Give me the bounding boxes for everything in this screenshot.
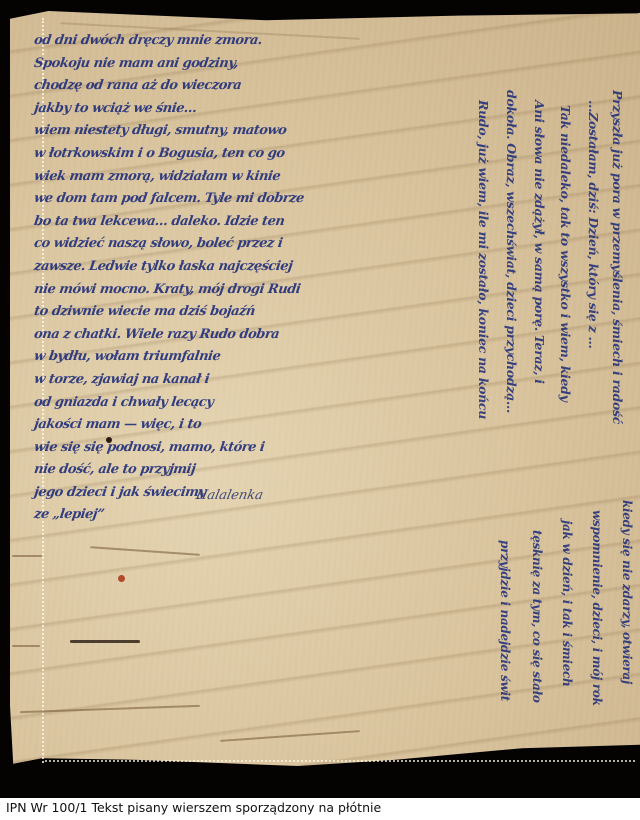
vertical-line: wspomnienie, dzieci, i mój rok [590, 510, 604, 706]
poem-line: w łotrkowskim i o Bogusia, ten co go [32, 143, 415, 166]
vertical-line: tęsknię za tym, co się stało [530, 530, 544, 703]
vertical-line: Tak niedaleko, tak to wszystko i wiem, k… [558, 105, 573, 402]
vertical-line: …Zostałam, dziś: Dzień, który się z ... [586, 100, 601, 349]
poem-line: to dziwnie wiecie ma dziś bojaźń [32, 301, 415, 324]
handwritten-vertical-text: Przyszła już pora w przemyślenia, śmiech… [420, 90, 640, 770]
poem-line: ze „lepiej” [32, 504, 415, 527]
poem-line: we dom tam pod falcem. Tyle mi dobrze [32, 188, 415, 211]
poem-line: ona z chatki. Wiele razy Rudo dobra [32, 324, 415, 347]
vertical-line: kiedy się nie zdarzy, otwieraj [620, 500, 634, 684]
fabric-crease [70, 640, 140, 643]
poem-line: bo ta twa lekcewa… daleko. Idzie ten [32, 211, 415, 234]
poem-line: wiek mam zmorą, widziałam w kinie [32, 166, 415, 189]
red-stain [118, 575, 125, 582]
poem-line: zawsze. Ledwie tylko łaska najczęściej [32, 256, 415, 279]
poem-line: od dni dwóch dręczy mnie zmora. [32, 30, 415, 53]
signature: Halalenka [194, 488, 264, 503]
poem-line: jakości mam — więc, i to [32, 414, 415, 437]
document-photo: od dni dwóch dręczy mnie zmora. Spokoju … [0, 0, 640, 798]
poem-line: co widzieć naszą słowo, boleć przez i [32, 233, 415, 256]
poem-line: w bydłu, wołam triumfalnie [32, 346, 415, 369]
poem-line: wiem niestety długi, smutny, matowo [32, 120, 415, 143]
poem-line: nie dość, ale to przyjmij [32, 459, 415, 482]
poem-line: od gniazda i chwały lecący [32, 392, 415, 415]
fabric-crease [12, 555, 42, 557]
poem-line: jakby to wciąż we śnie… [32, 98, 415, 121]
vertical-line: Przyszła już pora w przemyślenia, śmiech… [610, 90, 625, 424]
vertical-line: Ani słowa nie zdążył, w samą porę. Teraz… [532, 100, 547, 384]
poem-line: w torze, zjawiaj na kanał i [32, 369, 415, 392]
handwritten-poem-main: od dni dwóch dręczy mnie zmora. Spokoju … [34, 30, 414, 527]
poem-line: nie mówi mocno. Kraty, mój drogi Rudi [32, 279, 415, 302]
fabric-crease [12, 645, 40, 647]
vertical-line: jak w dzień, i tak i śmiech [560, 520, 574, 686]
poem-line: wie się się podnosi, mamo, które i [32, 437, 415, 460]
document-caption: IPN Wr 100/1 Tekst pisany wierszem sporz… [6, 800, 381, 815]
vertical-line: dokoła. Obraz, wszechświat, dzieci przyc… [504, 90, 519, 413]
vertical-line: Rudo, już wiem, ile mi zostało, koniec n… [476, 100, 491, 419]
vertical-line: przyjdzie i nadejdzie świt [498, 540, 512, 701]
poem-line: chodzę od rana aż do wieczora [32, 75, 415, 98]
poem-line: Spokoju nie mam ani godziny, [32, 53, 415, 76]
